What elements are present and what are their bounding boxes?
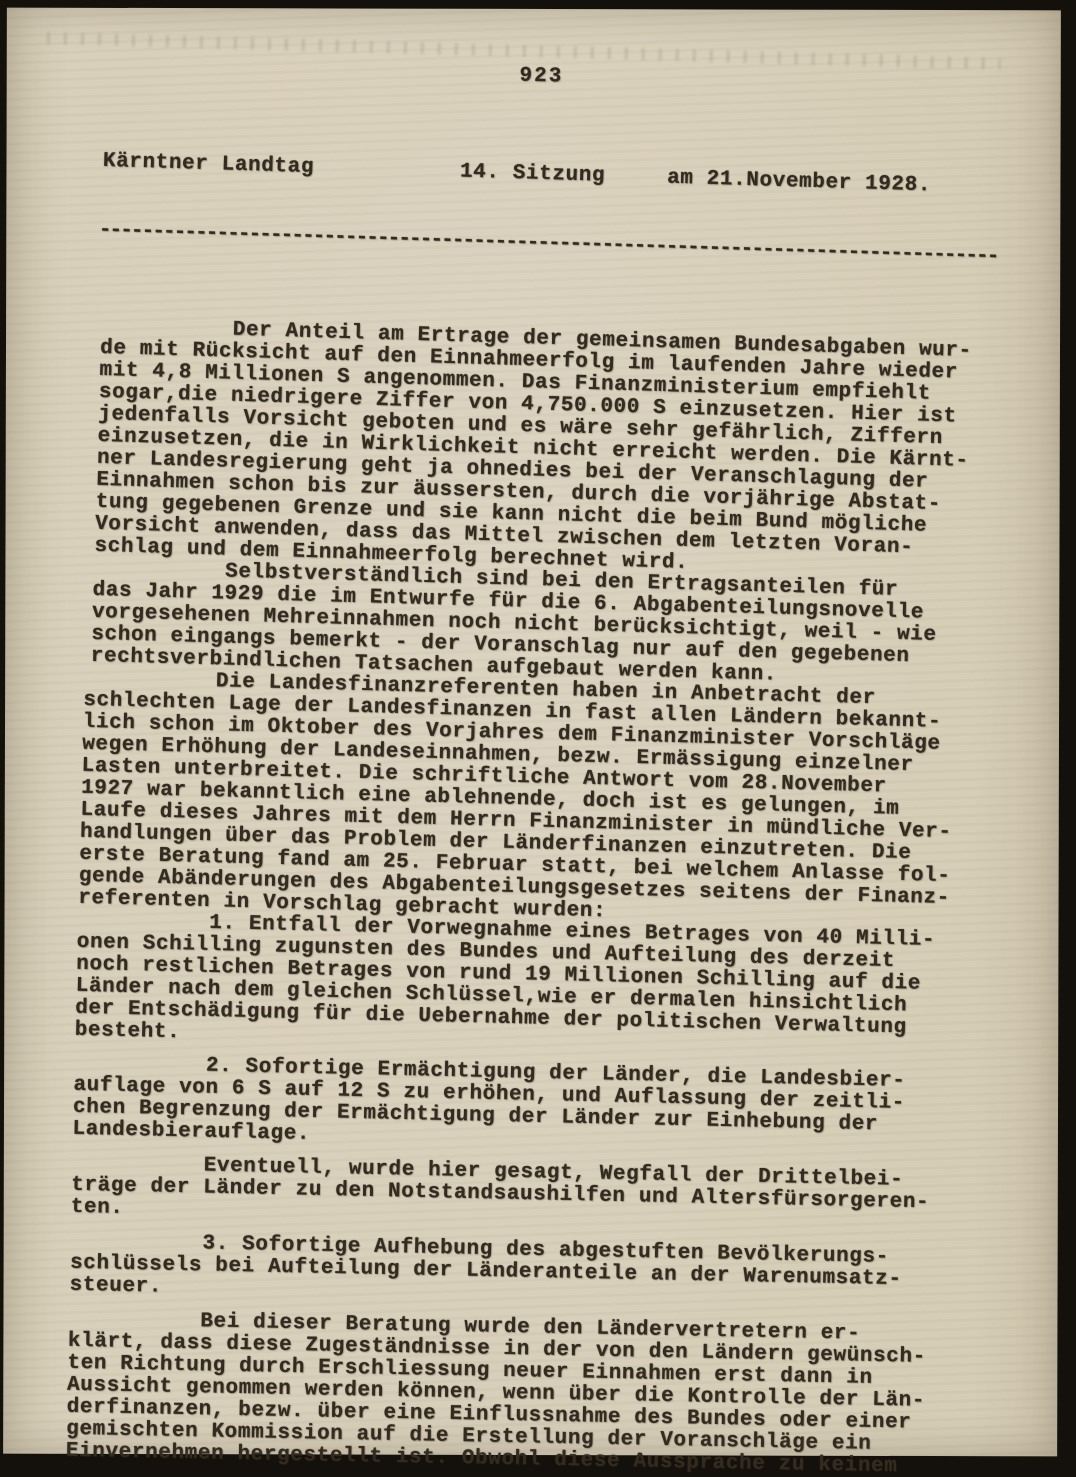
- list-item-2-landesbierauflage: 2. Sofortige Ermächtigung der Länder, di…: [72, 1053, 1014, 1161]
- paragraph-landesfinanzreferenten: Die Landesfinanzreferenten haben in Anbe…: [78, 668, 1015, 934]
- list-item-3-bevoelkerungsschluessel: 3. Sofortige Aufhebung des abgestuften B…: [69, 1231, 1013, 1316]
- document-page: 923 Kärntner Landtag14. Sitzungam 21.Nov…: [3, 8, 1061, 1457]
- paragraph-bundesabgaben: Der Anteil am Ertrage der gemeinsamen Bu…: [94, 316, 1016, 584]
- header-dashed-rule: ----------------------------------------…: [98, 220, 1012, 269]
- paragraph-eventuell-drittelbeitraege: Eventuell, wurde hier gesagt, Wegfall de…: [71, 1153, 1014, 1238]
- scan-background: 923 Kärntner Landtag14. Sitzungam 21.Nov…: [0, 0, 1076, 1477]
- session-header: Kärntner Landtag14. Sitzungam 21.Novembe…: [99, 102, 1016, 317]
- session-date: am 21.November 1928.: [667, 167, 932, 199]
- paragraph-beratung-laendervertreter: Bei dieser Beratung wurde den Ländervert…: [66, 1309, 1014, 1477]
- session-header-line: Kärntner Landtag14. Sitzungam 21.Novembe…: [103, 150, 1015, 201]
- page-number: 923: [66, 55, 1016, 100]
- parliament-title: Kärntner Landtag: [103, 150, 315, 179]
- list-item-1-entfall-vorwegnahme: 1. Entfall der Vorwegnahme eines Betrage…: [74, 910, 1014, 1064]
- page-content: 923 Kärntner Landtag14. Sitzungam 21.Nov…: [3, 8, 1061, 1457]
- session-title: 14. Sitzung: [460, 160, 606, 188]
